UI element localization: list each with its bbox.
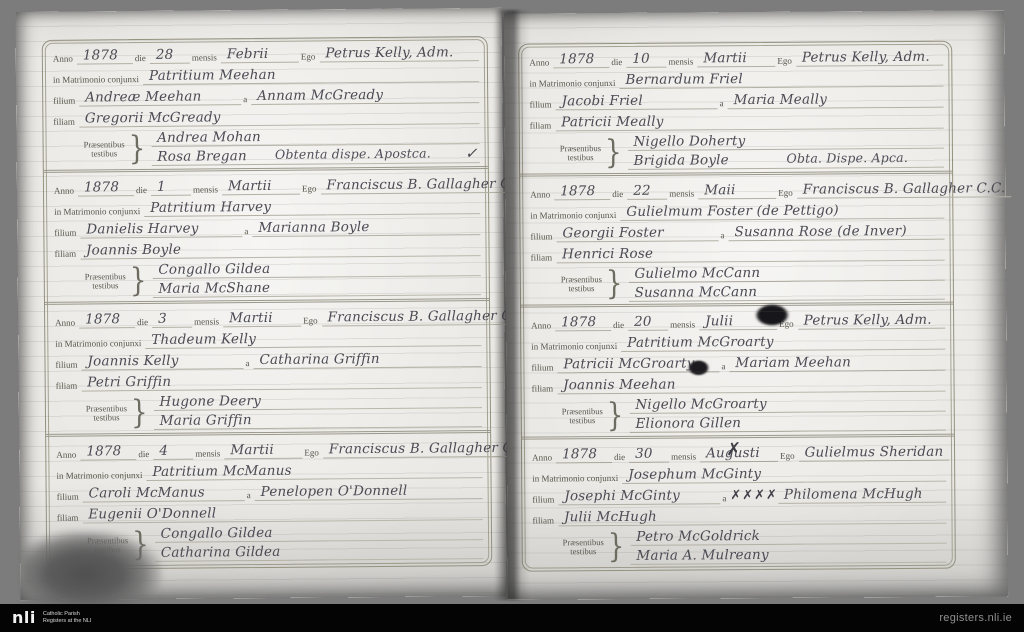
witnesses-block: Præsentibus testibus } Nigello McGroarty… <box>560 396 946 434</box>
label-a: a <box>241 94 251 105</box>
ruled-line <box>241 122 480 126</box>
entry-date-line: Anno 1878 die 28 mensis Febrii Ego Petru… <box>51 44 479 65</box>
brace-glyph: } <box>605 134 622 172</box>
entry-filiam-line: filiam Gregorii McGready <box>51 107 479 128</box>
field-mater: Philomena McHugh <box>778 486 947 503</box>
field-filium: Jacobi Friel <box>556 93 718 110</box>
label-filium: filium <box>530 494 558 505</box>
entry-conjunxi-line: in Matrimonio conjunxi Patritium Harvey <box>52 197 480 218</box>
ruled-line <box>800 166 944 169</box>
entry-conjunxi-line: in Matrimonio conjunxi Patritium McGroar… <box>529 333 945 353</box>
entry-date-line: Anno 1878 die 20 mensis Julii Ego Petrus… <box>529 312 945 332</box>
witnesses-block: Præsentibus testibus } Gulielmo McCann S… <box>559 264 945 302</box>
field-mensis: Martii <box>697 51 775 68</box>
label-testibus: Præsentibus testibus <box>560 407 605 425</box>
field-witness1: Congallo Gildea <box>155 525 327 543</box>
label-testibus: testibus <box>91 413 121 422</box>
entry-filium-line: filium Andreæ Meehan a Annam McGready <box>51 86 479 107</box>
entry-filium-line: filium Caroli McManus a Penelopen O'Donn… <box>55 482 483 503</box>
field-ego: Petrus Kelly, Adm. <box>796 50 944 67</box>
site-watermark: registers.nli.ie <box>939 612 1012 624</box>
label-conjunxi: in Matrimonio conjunxi <box>54 470 146 482</box>
label-filium: filium <box>52 228 80 239</box>
brace-glyph: } <box>132 526 149 564</box>
label-filiam: filiam <box>55 513 83 524</box>
label-die: die <box>136 449 153 460</box>
field-witness2: Elionora Gillen <box>629 416 801 433</box>
field-filium: Joannis Kelly <box>81 353 243 370</box>
ruled-line <box>845 216 944 219</box>
field-witness1: Hugone Deery <box>153 393 325 411</box>
field-conjunxi: Gulielmum Foster (de Pettigo) <box>620 203 845 221</box>
label-mensis: mensis <box>192 316 223 327</box>
label-filiam: filiam <box>51 117 79 128</box>
ruled-line <box>327 538 483 541</box>
label-filiam: filiam <box>53 249 81 260</box>
label-testibus: Præsentibus testibus <box>84 404 129 422</box>
field-filiam: Eugenii O'Donnell <box>82 506 244 523</box>
ruled-line <box>329 476 483 479</box>
label-conjunxi: in Matrimonio conjunxi <box>53 338 145 350</box>
label-filiam: filiam <box>528 120 556 131</box>
field-die: 20 <box>628 315 668 331</box>
field-mater: Mariam Meehan <box>729 355 945 373</box>
field-ego: Franciscus B. Gallagher C.C. <box>320 177 535 195</box>
witnesses-block: Præsentibus testibus } Congallo Gildea M… <box>83 260 481 298</box>
ruled-line <box>720 521 947 525</box>
label-mensis: mensis <box>666 56 697 67</box>
field-mensis: Martii <box>223 311 301 328</box>
label-anno: Anno <box>527 57 553 68</box>
field-mensis: Martii <box>224 443 302 460</box>
ruled-line <box>719 390 946 394</box>
ruled-line <box>800 278 944 281</box>
ruled-line <box>243 386 482 390</box>
label-die: die <box>135 317 152 328</box>
field-witness1: Nigello McGroarty <box>629 397 801 414</box>
brace-glyph: } <box>607 397 624 435</box>
field-anno: 1878 <box>77 48 133 64</box>
label-conjunxi: in Matrimonio conjunxi <box>530 472 622 484</box>
entry-conjunxi-line: in Matrimonio conjunxi Patritium Meehan <box>51 65 479 86</box>
label-ego: Ego <box>301 315 322 326</box>
field-witness1: Congallo Gildea <box>152 261 324 279</box>
label-filium: filium <box>528 231 556 242</box>
field-die: 28 <box>150 48 190 64</box>
entry-filium-line: filium Patricii McGroarty a Mariam Meeha… <box>529 354 945 374</box>
label-die: die <box>134 185 151 196</box>
ruled-line <box>323 161 479 164</box>
label-ego: Ego <box>776 187 797 198</box>
label-ego: Ego <box>775 56 796 67</box>
nli-logo-mark: nli <box>12 610 36 626</box>
label-testibus: Præsentibus testibus <box>82 140 127 158</box>
label-conjunxi: in Matrimonio conjunxi <box>52 206 144 218</box>
field-filium: Josephi McGinty <box>558 488 720 505</box>
entry-filiam-line: filiam Julii McHugh <box>530 506 946 526</box>
brace-glyph: } <box>130 262 147 300</box>
entry-date-line: Anno 1878 die 10 mensis Martii Ego Petru… <box>527 49 943 69</box>
field-mater: Susanna Rose (de Inver) <box>728 223 944 241</box>
field-witness1: Nigello Doherty <box>627 134 799 151</box>
field-witness1: Andrea Mohan <box>151 129 323 147</box>
label-anno: Anno <box>51 54 77 65</box>
entry-filiam-line: filiam Petri Griffin <box>54 371 482 392</box>
field-conjunxi: Patritium McGroarty <box>621 335 803 352</box>
label-a: a <box>720 493 730 504</box>
field-conjunxi: Josephum McGinty <box>622 466 804 483</box>
field-anno: 1878 <box>554 184 610 200</box>
label-mensis: mensis <box>669 451 700 462</box>
field-filium: Danielis Harvey <box>80 221 242 238</box>
entry-conjunxi-line: in Matrimonio conjunxi Gulielmum Foster … <box>528 201 944 221</box>
entry-filiam-line: filiam Patricii Meally <box>528 112 944 132</box>
field-mater: Maria Meally <box>728 92 944 110</box>
field-mater: Penelopen O'Donnell <box>255 483 483 501</box>
label-filium: filium <box>528 99 556 110</box>
field-mensis: Febrii <box>221 47 299 64</box>
label-testibus: Præsentibus testibus <box>83 272 128 290</box>
entry-filium-line: filium Danielis Harvey a Marianna Boyle <box>52 218 480 239</box>
ruled-line <box>801 410 945 413</box>
field-witness2: Brigida Boyle <box>628 153 800 170</box>
label-filiam: filiam <box>530 515 558 526</box>
field-filiam: Julii McHugh <box>558 509 720 526</box>
ruled-line <box>802 541 946 544</box>
field-ego: Franciscus B. Gallagher C.C. <box>323 441 538 459</box>
field-conjunxi: Patritium Harvey <box>144 199 326 217</box>
field-anno: 1878 <box>556 447 612 463</box>
label-filium: filium <box>53 360 81 371</box>
field-filiam: Henrici Rose <box>556 246 718 263</box>
register-entry: Anno 1878 die 10 mensis Martii Ego Petru… <box>519 42 952 177</box>
check-mark: ✓ <box>465 146 478 160</box>
field-die: 4 <box>153 444 193 460</box>
field-witness1: Petro McGoldrick <box>630 528 802 545</box>
brace-glyph: } <box>131 394 148 432</box>
label-filium: filium <box>55 492 83 503</box>
label-anno: Anno <box>528 189 554 200</box>
field-mensis: Maii <box>698 182 776 199</box>
field-ego: Gulielmus Sheridan <box>798 444 949 461</box>
entry-filium-line: filium Josephi McGinty a ✗✗✗✗ Philomena … <box>530 485 946 505</box>
field-filiam: Joannis Boyle <box>80 242 242 259</box>
label-die: die <box>611 320 628 331</box>
field-die: 10 <box>626 52 666 68</box>
label-ego: Ego <box>300 183 321 194</box>
label-mensis: mensis <box>191 184 222 195</box>
field-mater: Marianna Boyle <box>252 219 480 237</box>
label-mensis: mensis <box>193 448 224 459</box>
field-witness2: Maria Griffin <box>154 412 326 430</box>
page-frame: Anno 1878 die 10 mensis Martii Ego Petru… <box>518 41 956 572</box>
ruled-line <box>324 274 480 277</box>
label-conjunxi: in Matrimonio conjunxi <box>527 78 619 90</box>
field-conjunxi: Patritium Meehan <box>143 67 325 85</box>
label-anno: Anno <box>53 318 79 329</box>
nli-logo-caption: Catholic Parish Registers at the NLI <box>43 611 95 624</box>
ruled-line <box>801 85 943 88</box>
ruled-line <box>327 344 481 347</box>
label-a: a <box>718 230 728 241</box>
ruled-line <box>242 254 481 258</box>
entry-filium-line: filium Joannis Kelly a Catharina Griffin <box>53 350 481 371</box>
label-testibus: testibus <box>90 281 120 290</box>
field-filium: Georgii Foster <box>556 225 718 242</box>
register-entry: Anno 1878 die 30 mensis Augusti ✗ Ego Gu… <box>522 436 955 571</box>
label-anno: Anno <box>530 452 556 463</box>
register-entry: Anno 1878 die 20 mensis Julii Ego Petrus… <box>521 305 954 440</box>
ink-blot: ● <box>688 359 710 374</box>
label-testibus: Præsentibus testibus <box>85 536 130 554</box>
field-mater: Annam McGready <box>251 87 479 105</box>
field-witness1: Gulielmo McCann <box>628 265 800 282</box>
label-filiam: filiam <box>54 381 82 392</box>
register-page-left: Anno 1878 die 28 mensis Febrii Ego Petru… <box>15 8 506 600</box>
label-mensis: mensis <box>667 188 698 199</box>
entry-filiam-line: filiam Joannis Boyle <box>52 239 480 260</box>
register-entry: Anno 1878 die 1 mensis Martii Ego Franci… <box>44 169 489 305</box>
label-ego: Ego <box>778 450 799 461</box>
label-testibus: testibus <box>567 416 597 425</box>
field-witness2: Maria A. Mulreany <box>630 547 802 564</box>
entry-conjunxi-line: in Matrimonio conjunxi Bernardum Friel <box>527 70 943 90</box>
field-anno: 1878 <box>79 312 135 328</box>
label-testibus: testibus <box>89 149 119 158</box>
field-witness2: Maria McShane <box>152 280 324 298</box>
label-die: die <box>612 451 629 462</box>
field-witness2: Catharina Gildea <box>155 544 327 562</box>
ruled-line <box>325 80 479 83</box>
page-frame: Anno 1878 die 28 mensis Febrii Ego Petru… <box>42 36 493 570</box>
ruled-line <box>326 425 482 428</box>
label-die: die <box>133 53 150 64</box>
field-filiam: Gregorii McGready <box>79 110 241 127</box>
field-anno: 1878 <box>555 315 611 331</box>
field-filiam: Patricii Meally <box>555 114 717 131</box>
label-anno: Anno <box>54 450 80 461</box>
entry-filium-line: filium Jacobi Friel a Maria Meally <box>528 91 944 111</box>
entry-filiam-line: filiam Henrici Rose <box>529 243 945 263</box>
entry-date-line: Anno 1878 die 3 mensis Martii Ego Franci… <box>53 308 481 329</box>
label-testibus: testibus <box>566 284 596 293</box>
ruled-line <box>325 293 481 296</box>
ruled-line <box>802 429 946 432</box>
label-mensis: mensis <box>668 319 699 330</box>
entry-filium-line: filium Georgii Foster a Susanna Rose (de… <box>528 222 944 242</box>
register-entry: Anno 1878 die 22 mensis Maii Ego Francis… <box>520 173 953 308</box>
entry-conjunxi-line: in Matrimonio conjunxi Patritium McManus <box>54 461 482 482</box>
ruled-line <box>717 127 944 131</box>
label-anno: Anno <box>52 186 78 197</box>
field-die: 30 <box>629 446 669 462</box>
entry-conjunxi-line: in Matrimonio conjunxi Josephum McGinty <box>530 464 946 484</box>
nli-logo: nli Catholic Parish Registers at the NLI <box>12 610 95 626</box>
field-ego: Petrus Kelly, Adm. <box>798 313 946 330</box>
field-conjunxi: Thadeum Kelly <box>145 331 327 349</box>
field-mater: Catharina Griffin <box>253 351 481 369</box>
field-filiam: Petri Griffin <box>81 374 243 391</box>
witnesses-block: Præsentibus testibus } Hugone Deery Mari… <box>84 392 482 430</box>
field-conjunxi: Patritium McManus <box>146 463 328 481</box>
register-entry: Anno 1878 die 28 mensis Febrii Ego Petru… <box>43 37 488 173</box>
brace-glyph: } <box>606 265 623 303</box>
field-ego: Franciscus B. Gallagher C.C. <box>322 309 537 327</box>
label-a: a <box>719 361 729 372</box>
label-filiam: filiam <box>529 252 557 263</box>
label-filium: filium <box>51 96 79 107</box>
label-die: die <box>609 57 626 68</box>
label-conjunxi: in Matrimonio conjunxi <box>528 209 620 221</box>
register-entry: Anno 1878 die 3 mensis Martii Ego Franci… <box>45 301 490 437</box>
scribble-mark: ✗✗✗✗ <box>730 486 778 502</box>
label-ego: Ego <box>299 51 320 62</box>
ruled-line <box>718 258 945 262</box>
brace-glyph: } <box>129 130 146 168</box>
label-filiam: filiam <box>530 383 558 394</box>
field-ego: Franciscus B. Gallagher C.C. <box>797 181 1012 198</box>
label-testibus: Præsentibus testibus <box>561 538 606 556</box>
label-die: die <box>610 188 627 199</box>
entry-date-line: Anno 1878 die 22 mensis Maii Ego Francis… <box>528 180 944 200</box>
label-mensis: mensis <box>190 52 221 63</box>
entry-date-line: Anno 1878 die 1 mensis Martii Ego Franci… <box>52 176 480 197</box>
field-ego: Petrus Kelly, Adm. <box>319 45 479 62</box>
register-page-right: Anno 1878 die 10 mensis Martii Ego Petru… <box>504 10 1008 599</box>
label-ego: Ego <box>302 447 323 458</box>
ruled-line <box>327 557 483 560</box>
ruled-line <box>804 479 946 482</box>
field-filium: Caroli McManus <box>83 485 245 502</box>
witnesses-block: Præsentibus testibus } Congallo Gildea C… <box>85 524 483 562</box>
field-mensis: Martii <box>222 179 300 196</box>
label-testibus: Præsentibus testibus <box>559 275 604 293</box>
field-anno: 1878 <box>80 444 136 460</box>
field-filiam: Joannis Meehan <box>557 377 719 394</box>
ruled-line <box>326 212 480 215</box>
label-testibus: testibus <box>568 547 598 556</box>
entry-conjunxi-line: in Matrimonio conjunxi Thadeum Kelly <box>53 329 481 350</box>
label-a: a <box>242 226 252 237</box>
label-testibus: testibus <box>93 545 123 554</box>
dispensation-note: Obta. Dispe. Apca. <box>786 150 908 165</box>
label-testibus: testibus <box>565 153 595 162</box>
ruled-line <box>326 406 482 409</box>
field-filium: Andreæ Meehan <box>79 89 241 106</box>
witnesses-block: Præsentibus testibus } Petro McGoldrick … <box>561 527 947 565</box>
field-anno: 1878 <box>553 52 609 68</box>
ink-blot: ● <box>754 305 790 323</box>
label-a: a <box>718 98 728 109</box>
entry-filiam-line: filiam Eugenii O'Donnell <box>55 503 483 524</box>
ruled-line <box>244 518 483 522</box>
label-conjunxi: in Matrimonio conjunxi <box>51 74 143 86</box>
label-a: a <box>243 358 253 369</box>
entry-filiam-line: filiam Joannis Meehan <box>530 375 946 395</box>
register-entry: Anno 1878 die 4 mensis Martii Ego Franci… <box>46 433 491 569</box>
entry-date-line: Anno 1878 die 30 mensis Augusti ✗ Ego Gu… <box>530 443 946 463</box>
field-die: 22 <box>627 183 667 199</box>
ruled-line <box>802 560 946 563</box>
ruled-line <box>801 297 945 300</box>
label-anno: Anno <box>529 320 555 331</box>
field-die: 3 <box>152 312 192 328</box>
label-testibus: Præsentibus testibus <box>558 144 603 162</box>
label-conjunxi: in Matrimonio conjunxi <box>529 341 621 353</box>
brace-glyph: } <box>608 528 625 566</box>
footer-bar: nli Catholic Parish Registers at the NLI… <box>0 604 1024 632</box>
entry-date-line: Anno 1878 die 4 mensis Martii Ego Franci… <box>54 440 482 461</box>
ruled-line <box>803 348 945 351</box>
label-a: a <box>245 490 255 501</box>
dispensation-note: Obtenta dispe. Apostca. <box>275 147 431 162</box>
field-anno: 1878 <box>78 180 134 196</box>
field-conjunxi: Bernardum Friel <box>619 72 801 89</box>
field-die: 1 <box>151 180 191 196</box>
label-filium: filium <box>529 362 557 373</box>
